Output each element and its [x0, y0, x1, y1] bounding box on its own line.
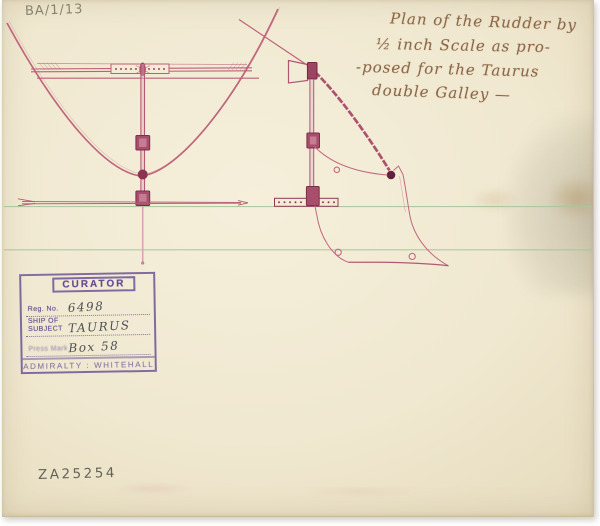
stamp-row-reg-no: Reg. No. 6498 — [26, 295, 150, 317]
rope-end-block — [387, 171, 396, 180]
paper-sheet: BA/1/13 Plan of the Rudder by ½ inch Sca… — [2, 0, 594, 517]
stamp-header: CURATOR — [52, 276, 135, 292]
stock-heel-block — [306, 187, 319, 206]
sweep-line-straight — [239, 20, 309, 67]
reg-no-value: 6498 — [67, 299, 104, 315]
head-block — [308, 63, 318, 80]
ruled-lines — [4, 207, 592, 250]
stamp-label: Reg. No. — [28, 305, 59, 314]
curator-stamp: CURATOR Reg. No. 6498 SHIP OF SUBJECT TA… — [19, 272, 157, 374]
right-rudder-stock — [275, 79, 339, 206]
stamp-footer: ADMIRALTY : WHITEHALL — [23, 356, 155, 372]
arc-stock-joint — [138, 170, 148, 180]
negative-number: ZA25254 — [38, 465, 117, 483]
head-yoke — [289, 61, 308, 84]
archive-reference: BA/1/13 — [25, 2, 84, 19]
scanned-document: BA/1/13 Plan of the Rudder by ½ inch Sca… — [0, 0, 600, 526]
stamp-label: Press Mark — [28, 345, 68, 354]
left-rudder-stock — [136, 64, 150, 265]
stamp-label: SHIP OF SUBJECT — [28, 317, 63, 334]
blade-holes — [334, 167, 415, 259]
deck-line — [18, 199, 248, 206]
stamp-row-ship: SHIP OF SUBJECT TAURUS — [26, 315, 150, 337]
press-mark-value: Box 58 — [68, 339, 120, 356]
ship-name-value: TAURUS — [68, 318, 131, 335]
stamp-row-press-mark: Press Mark Box 58 — [26, 335, 150, 357]
handwritten-inscription: Plan of the Rudder by ½ inch Scale as pr… — [354, 10, 594, 106]
